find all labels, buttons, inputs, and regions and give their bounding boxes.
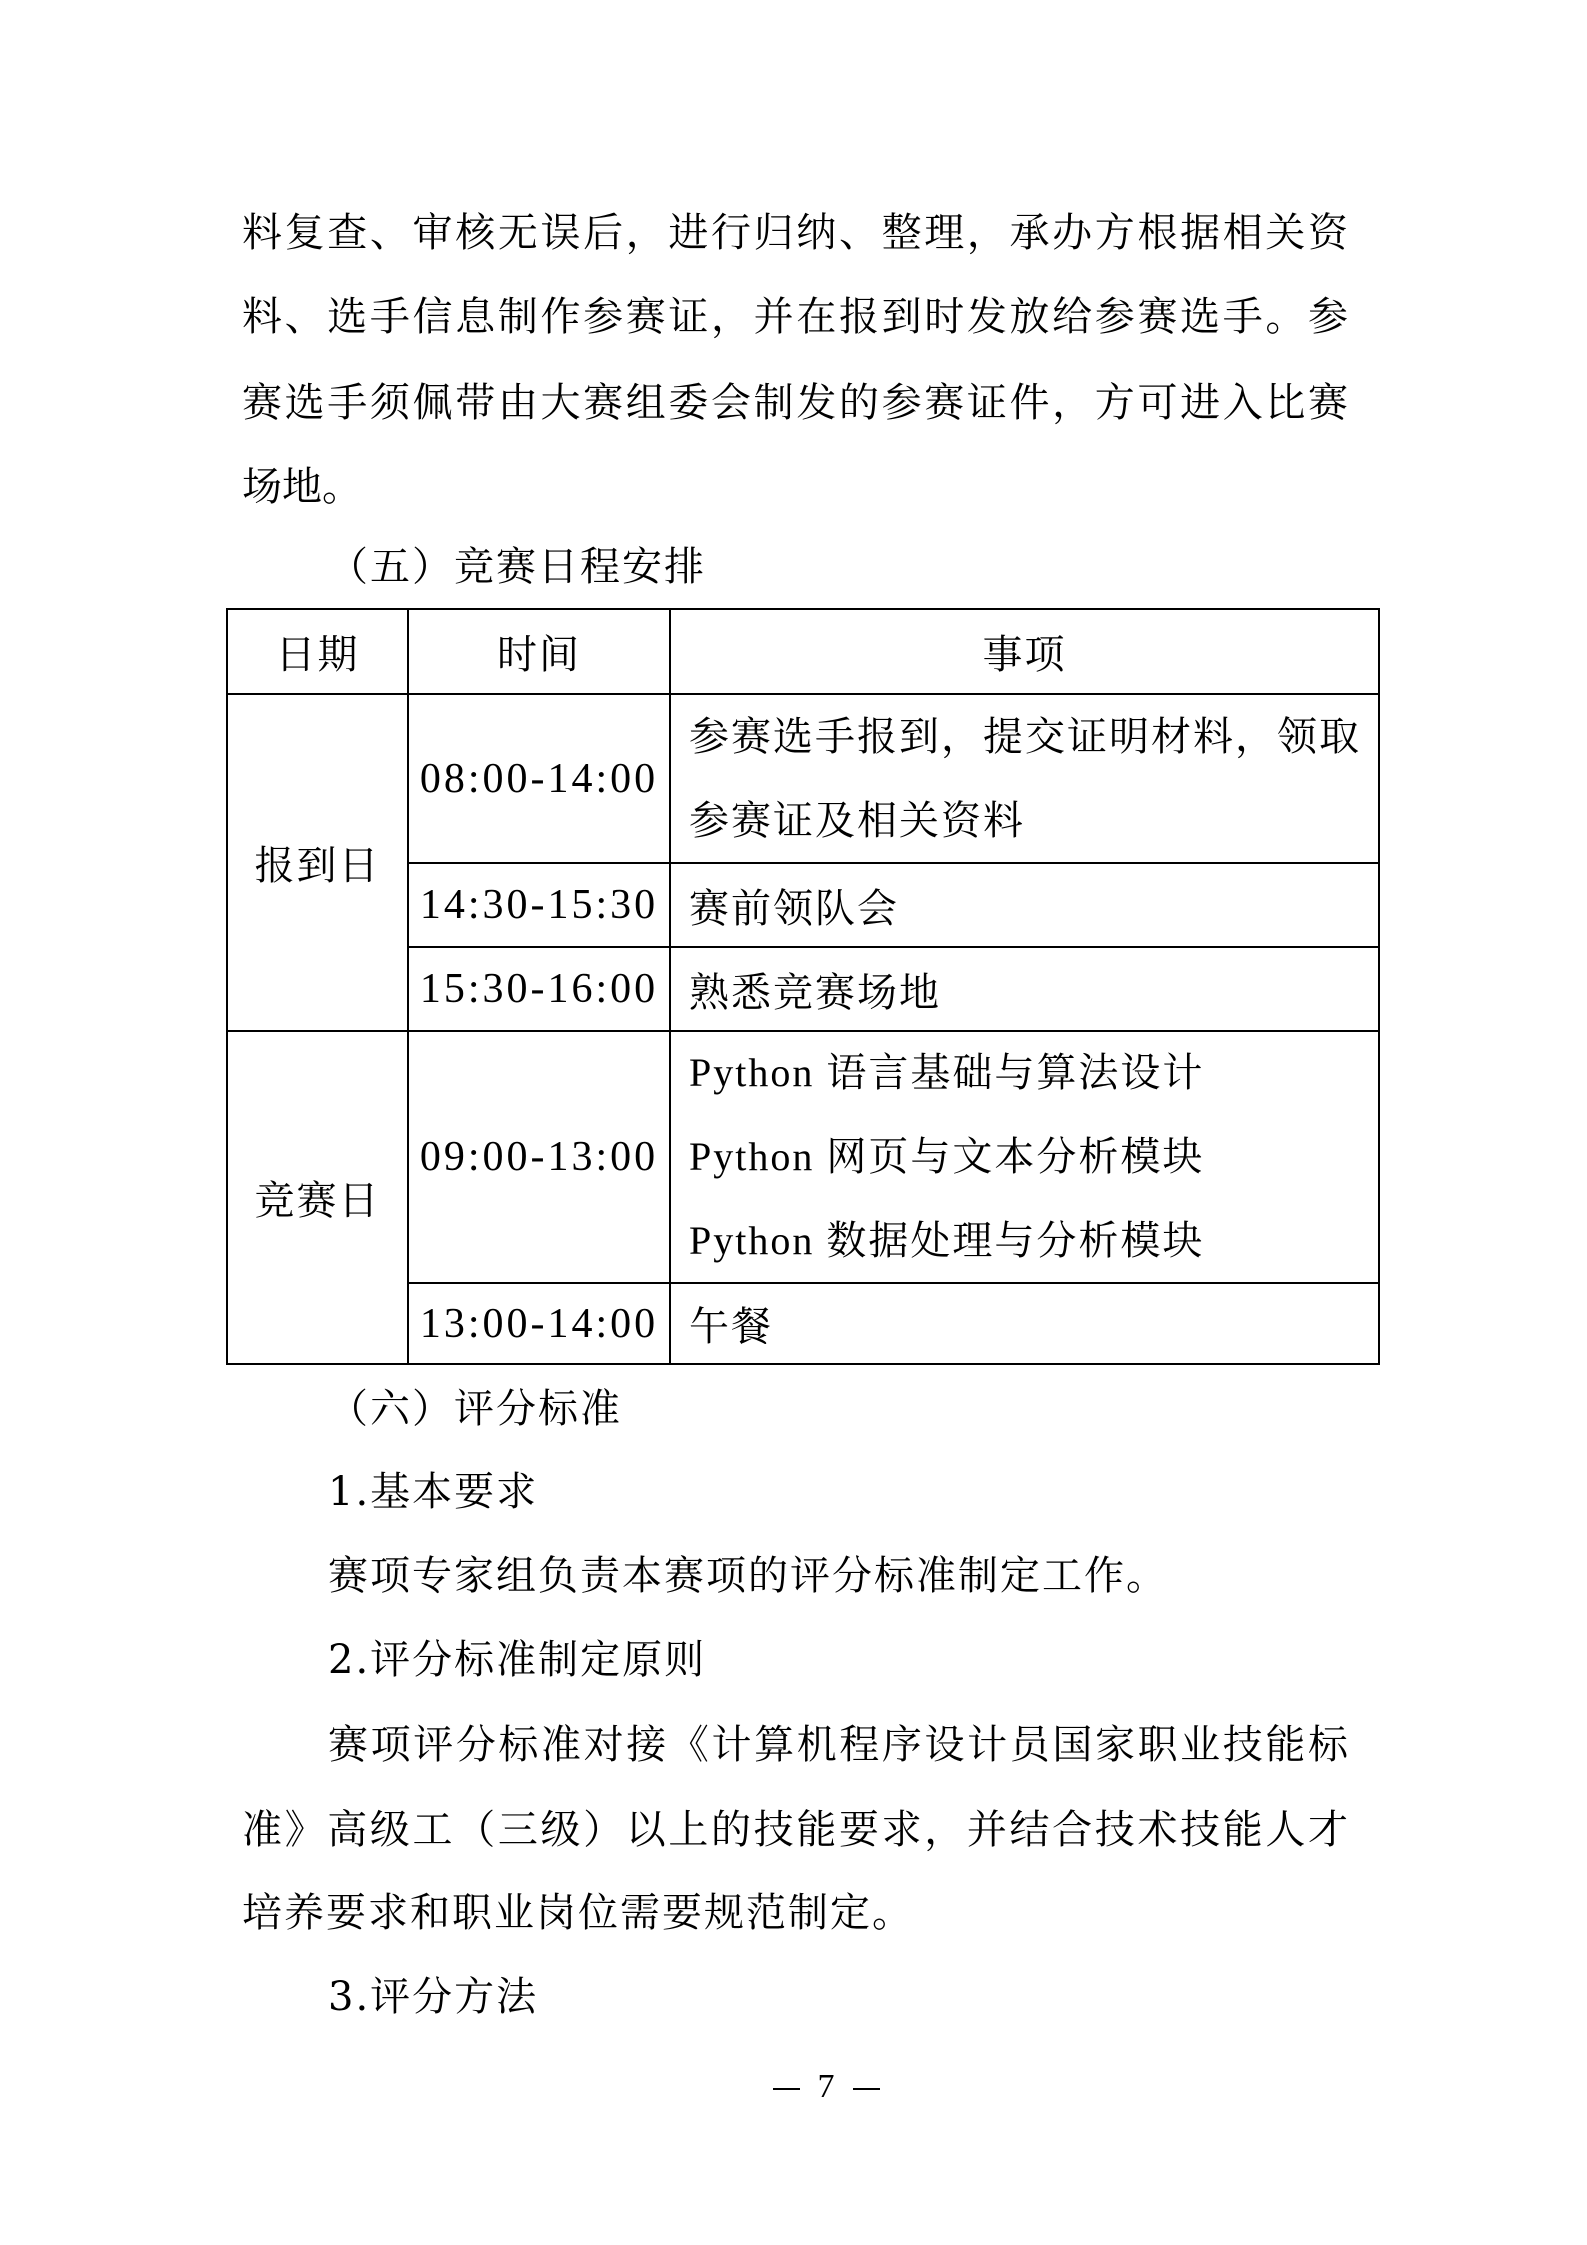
subheading-scoring-principles: 2.评分标准制定原则: [328, 1618, 706, 1702]
item-line: 参赛选手报到，提交证明材料，领取: [689, 695, 1361, 779]
section-heading-schedule: （五）竞赛日程安排: [328, 525, 706, 609]
paragraph-line: 准》高级工（三级）以上的技能要求，并结合技术技能人才: [242, 1788, 1348, 1872]
dash-right-icon: [853, 2088, 880, 2090]
table-cell-item: 熟悉竞赛场地: [671, 948, 1378, 1030]
item-line: Python 语言基础与算法设计: [689, 1031, 1204, 1115]
page-number-value: 7: [818, 2068, 835, 2105]
paragraph-line: 场地。: [242, 445, 362, 529]
table-cell-item: Python 语言基础与算法设计 Python 网页与文本分析模块 Python…: [671, 1032, 1378, 1282]
table-cell-time: 13:00-14:00: [409, 1284, 669, 1363]
subheading-scoring-method: 3.评分方法: [328, 1955, 538, 2039]
paragraph-line: 料、选手信息制作参赛证，并在报到时发放给参赛选手。参: [242, 275, 1348, 359]
table-cell-date: 报到日: [228, 695, 407, 1030]
item-line: Python 网页与文本分析模块: [689, 1115, 1204, 1199]
table-cell-time: 15:30-16:00: [409, 948, 669, 1030]
paragraph-line: 培养要求和职业岗位需要规范制定。: [242, 1871, 914, 1955]
table-cell-item: 赛前领队会: [671, 864, 1378, 946]
table-cell-item: 午餐: [671, 1284, 1378, 1363]
section-heading-scoring: （六）评分标准: [328, 1367, 622, 1451]
dash-left-icon: [773, 2088, 800, 2090]
page-number: 7: [693, 2066, 959, 2108]
item-line: 参赛证及相关资料: [689, 779, 1025, 863]
subheading-basic-requirements: 1.基本要求: [328, 1450, 538, 1534]
table-cell-date: 竞赛日: [228, 1032, 407, 1363]
schedule-table: 日期 时间 事项 报到日 08:00-14:00 参赛选手报到，提交证明材料，领…: [226, 608, 1380, 1365]
item-line: Python 数据处理与分析模块: [689, 1199, 1204, 1283]
paragraph-line: 赛项专家组负责本赛项的评分标准制定工作。: [328, 1534, 1168, 1618]
table-cell-time: 09:00-13:00: [409, 1032, 669, 1282]
table-cell-item: 参赛选手报到，提交证明材料，领取 参赛证及相关资料: [671, 695, 1378, 862]
table-header-time: 时间: [409, 610, 669, 693]
table-cell-time: 14:30-15:30: [409, 864, 669, 946]
table-header-date: 日期: [228, 610, 407, 693]
table-header-item: 事项: [671, 610, 1378, 693]
paragraph-line: 赛项评分标准对接《计算机程序设计员国家职业技能标: [328, 1703, 1348, 1787]
table-cell-time: 08:00-14:00: [409, 695, 669, 862]
paragraph-line: 赛选手须佩带由大赛组委会制发的参赛证件，方可进入比赛: [242, 361, 1348, 445]
paragraph-line: 料复查、审核无误后，进行归纳、整理，承办方根据相关资: [242, 191, 1348, 275]
